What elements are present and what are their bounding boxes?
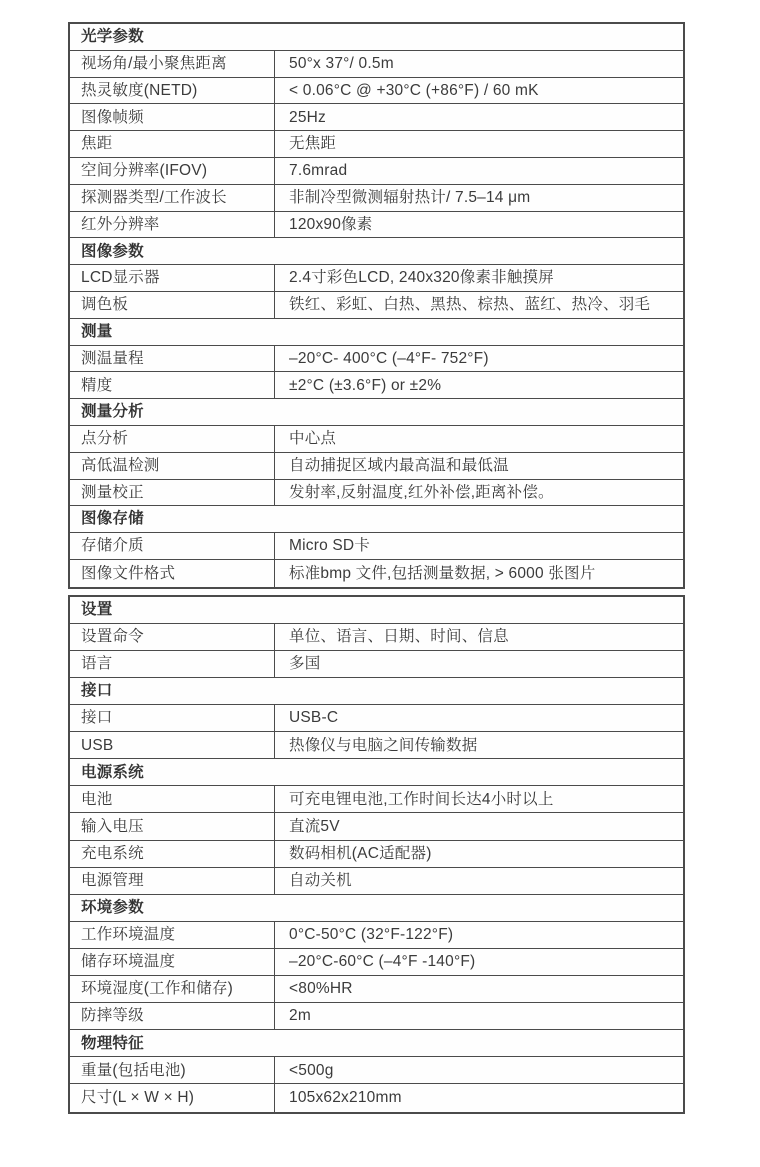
spec-row: 储存环境温度–20°C-60°C (–4°F -140°F) bbox=[70, 949, 683, 976]
spec-label: 热灵敏度(NETD) bbox=[70, 78, 275, 104]
spec-value: 120x90像素 bbox=[275, 212, 683, 238]
spec-label: 充电系统 bbox=[70, 841, 275, 867]
spec-row: USB热像仪与电脑之间传输数据 bbox=[70, 732, 683, 759]
spec-value: 非制冷型微测辐射热计/ 7.5–14 μm bbox=[275, 185, 683, 211]
spec-label: 精度 bbox=[70, 372, 275, 398]
spec-value: 7.6mrad bbox=[275, 158, 683, 184]
spec-value: USB-C bbox=[275, 705, 683, 731]
spec-value: < 0.06°C @ +30°C (+86°F) / 60 mK bbox=[275, 78, 683, 104]
spec-label: 电池 bbox=[70, 786, 275, 812]
section-header-row: 测量 bbox=[70, 319, 683, 346]
spec-row: 焦距无焦距 bbox=[70, 131, 683, 158]
section-title: 设置 bbox=[70, 597, 683, 623]
spec-row: 测温量程–20°C- 400°C (–4°F- 752°F) bbox=[70, 346, 683, 373]
section-title: 环境参数 bbox=[70, 895, 683, 921]
spec-label: 输入电压 bbox=[70, 813, 275, 839]
spec-value: Micro SD卡 bbox=[275, 533, 683, 559]
spec-value: ±2°C (±3.6°F) or ±2% bbox=[275, 372, 683, 398]
spec-value: 单位、语言、日期、时间、信息 bbox=[275, 624, 683, 650]
spec-label: 重量(包括电池) bbox=[70, 1057, 275, 1083]
section-header-row: 光学参数 bbox=[70, 24, 683, 51]
spec-label: 图像文件格式 bbox=[70, 560, 275, 587]
section-title: 电源系统 bbox=[70, 759, 683, 785]
spec-value: 自动捕捉区域内最高温和最低温 bbox=[275, 453, 683, 479]
spec-label: 图像帧频 bbox=[70, 104, 275, 130]
spec-value: 0°C-50°C (32°F-122°F) bbox=[275, 922, 683, 948]
section-title: 物理特征 bbox=[70, 1030, 683, 1056]
spec-value: <80%HR bbox=[275, 976, 683, 1002]
spec-value: 直流5V bbox=[275, 813, 683, 839]
section-title: 测量分析 bbox=[70, 399, 683, 425]
spec-row: 电池可充电锂电池,工作时间长达4小时以上 bbox=[70, 786, 683, 813]
spec-label: 红外分辨率 bbox=[70, 212, 275, 238]
spec-value: <500g bbox=[275, 1057, 683, 1083]
spec-row: LCD显示器2.4寸彩色LCD, 240x320像素非触摸屏 bbox=[70, 265, 683, 292]
spec-label: 空间分辨率(IFOV) bbox=[70, 158, 275, 184]
spec-row: 空间分辨率(IFOV)7.6mrad bbox=[70, 158, 683, 185]
spec-value: 2m bbox=[275, 1003, 683, 1029]
section-header-row: 设置 bbox=[70, 597, 683, 624]
spec-row: 红外分辨率120x90像素 bbox=[70, 212, 683, 239]
spec-row: 高低温检测自动捕捉区域内最高温和最低温 bbox=[70, 453, 683, 480]
spec-value: 2.4寸彩色LCD, 240x320像素非触摸屏 bbox=[275, 265, 683, 291]
section-title: 图像参数 bbox=[70, 238, 683, 264]
spec-row: 防摔等级2m bbox=[70, 1003, 683, 1030]
spec-row: 调色板铁红、彩虹、白热、黑热、棕热、蓝红、热冷、羽毛 bbox=[70, 292, 683, 319]
spec-label: 接口 bbox=[70, 705, 275, 731]
spec-row: 图像帧频25Hz bbox=[70, 104, 683, 131]
spec-label: 电源管理 bbox=[70, 868, 275, 894]
section-header-row: 接口 bbox=[70, 678, 683, 705]
spec-value: 自动关机 bbox=[275, 868, 683, 894]
spec-label: 防摔等级 bbox=[70, 1003, 275, 1029]
spec-row: 接口USB-C bbox=[70, 705, 683, 732]
spec-row: 视场角/最小聚焦距离50°x 37°/ 0.5m bbox=[70, 51, 683, 78]
spec-row: 输入电压直流5V bbox=[70, 813, 683, 840]
spec-row: 图像文件格式标准bmp 文件,包括测量数据, > 6000 张图片 bbox=[70, 560, 683, 587]
spec-label: USB bbox=[70, 732, 275, 758]
spec-label: 点分析 bbox=[70, 426, 275, 452]
spec-value: 105x62x210mm bbox=[275, 1084, 683, 1111]
spec-value: 无焦距 bbox=[275, 131, 683, 157]
spec-value: 多国 bbox=[275, 651, 683, 677]
spec-label: 语言 bbox=[70, 651, 275, 677]
section-title: 光学参数 bbox=[70, 24, 683, 50]
spec-label: 探测器类型/工作波长 bbox=[70, 185, 275, 211]
spec-row: 环境湿度(工作和储存)<80%HR bbox=[70, 976, 683, 1003]
spec-value: –20°C- 400°C (–4°F- 752°F) bbox=[275, 346, 683, 372]
spec-table-2: 设置设置命令单位、语言、日期、时间、信息语言多国接口接口USB-CUSB热像仪与… bbox=[68, 595, 685, 1114]
section-header-row: 电源系统 bbox=[70, 759, 683, 786]
spec-row: 工作环境温度0°C-50°C (32°F-122°F) bbox=[70, 922, 683, 949]
spec-label: 高低温检测 bbox=[70, 453, 275, 479]
spec-row: 热灵敏度(NETD)< 0.06°C @ +30°C (+86°F) / 60 … bbox=[70, 78, 683, 105]
spec-value: 标准bmp 文件,包括测量数据, > 6000 张图片 bbox=[275, 560, 683, 587]
spec-row: 点分析中心点 bbox=[70, 426, 683, 453]
spec-label: 测温量程 bbox=[70, 346, 275, 372]
spec-row: 尺寸(L × W × H)105x62x210mm bbox=[70, 1084, 683, 1111]
spec-row: 语言多国 bbox=[70, 651, 683, 678]
spec-table-1: 光学参数视场角/最小聚焦距离50°x 37°/ 0.5m热灵敏度(NETD)< … bbox=[68, 22, 685, 589]
spec-label: 储存环境温度 bbox=[70, 949, 275, 975]
section-title: 测量 bbox=[70, 319, 683, 345]
spec-label: 尺寸(L × W × H) bbox=[70, 1084, 275, 1111]
spec-label: 设置命令 bbox=[70, 624, 275, 650]
spec-label: 焦距 bbox=[70, 131, 275, 157]
section-title: 图像存储 bbox=[70, 506, 683, 532]
section-header-row: 图像参数 bbox=[70, 238, 683, 265]
section-header-row: 环境参数 bbox=[70, 895, 683, 922]
spec-label: 存储介质 bbox=[70, 533, 275, 559]
spec-sheet: 光学参数视场角/最小聚焦距离50°x 37°/ 0.5m热灵敏度(NETD)< … bbox=[68, 22, 685, 1114]
spec-value: 铁红、彩虹、白热、黑热、棕热、蓝红、热冷、羽毛 bbox=[275, 292, 683, 318]
section-header-row: 图像存储 bbox=[70, 506, 683, 533]
spec-label: LCD显示器 bbox=[70, 265, 275, 291]
spec-row: 充电系统数码相机(AC适配器) bbox=[70, 841, 683, 868]
spec-label: 调色板 bbox=[70, 292, 275, 318]
spec-value: 中心点 bbox=[275, 426, 683, 452]
spec-value: 发射率,反射温度,红外补偿,距离补偿。 bbox=[275, 480, 683, 506]
spec-value: 25Hz bbox=[275, 104, 683, 130]
spec-row: 电源管理自动关机 bbox=[70, 868, 683, 895]
page: { "document": { "type": "product-specifi… bbox=[0, 0, 760, 1167]
spec-value: –20°C-60°C (–4°F -140°F) bbox=[275, 949, 683, 975]
spec-value: 热像仪与电脑之间传输数据 bbox=[275, 732, 683, 758]
spec-label: 工作环境温度 bbox=[70, 922, 275, 948]
section-title: 接口 bbox=[70, 678, 683, 704]
spec-value: 可充电锂电池,工作时间长达4小时以上 bbox=[275, 786, 683, 812]
spec-row: 存储介质Micro SD卡 bbox=[70, 533, 683, 560]
spec-label: 视场角/最小聚焦距离 bbox=[70, 51, 275, 77]
spec-label: 测量校正 bbox=[70, 480, 275, 506]
section-header-row: 物理特征 bbox=[70, 1030, 683, 1057]
spec-row: 设置命令单位、语言、日期、时间、信息 bbox=[70, 624, 683, 651]
spec-value: 50°x 37°/ 0.5m bbox=[275, 51, 683, 77]
spec-row: 重量(包括电池)<500g bbox=[70, 1057, 683, 1084]
section-header-row: 测量分析 bbox=[70, 399, 683, 426]
spec-value: 数码相机(AC适配器) bbox=[275, 841, 683, 867]
spec-row: 测量校正发射率,反射温度,红外补偿,距离补偿。 bbox=[70, 480, 683, 507]
spec-row: 精度±2°C (±3.6°F) or ±2% bbox=[70, 372, 683, 399]
spec-row: 探测器类型/工作波长非制冷型微测辐射热计/ 7.5–14 μm bbox=[70, 185, 683, 212]
spec-label: 环境湿度(工作和储存) bbox=[70, 976, 275, 1002]
